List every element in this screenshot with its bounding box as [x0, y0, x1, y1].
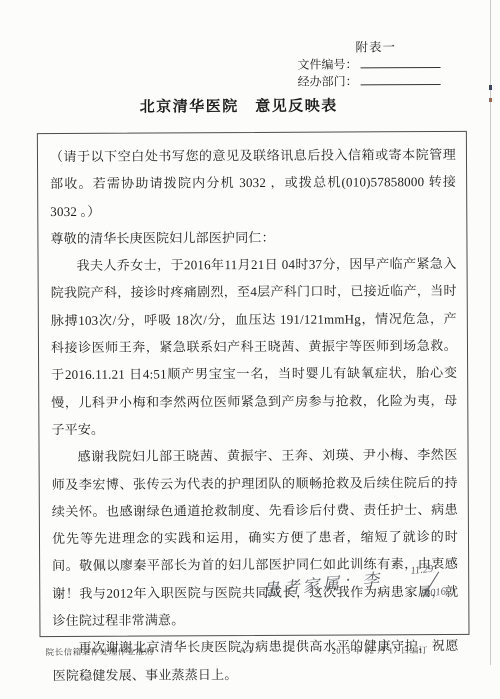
doc-number-blank-line — [360, 56, 440, 68]
body-paragraph-1: 我夫人乔女士，于2016年11月21日 04时37分，因早产临产紧急入院我院产科… — [50, 250, 457, 443]
doc-number-label: 文件编号： — [297, 57, 357, 71]
body-paragraph-3: 再次谢谢北京清华长庚医院为病患提供高水平的健康守护，祝愿医院稳健发展、事业蒸蒸日… — [52, 632, 458, 689]
signature-date: 11.29 2016 — [406, 560, 455, 613]
scanned-feedback-form-page: 附表一 文件编号： 经办部门： 北京清华医院 意见反映表 （请于以下空白处书写您… — [0, 0, 500, 699]
signature-date-year: 2016 — [424, 586, 446, 599]
doc-number-field: 文件编号： — [297, 55, 440, 73]
footer-document-name: 院长信箱案件处理作业准则 — [46, 646, 154, 659]
footer-page-code: A-1 — [240, 645, 253, 655]
salutation: 尊敬的清华长庚医院妇儿部医护同仁： — [50, 223, 456, 252]
signature-signer: 患者家属：李 — [261, 565, 383, 601]
scan-edge-red-mark — [489, 98, 493, 102]
feedback-content-box: （请于以下空白处书写您的意见及联络讯息后投入信箱或寄本院管理部收。若需协助请拨院… — [37, 131, 470, 637]
scan-edge-dark-mark — [489, 85, 493, 90]
footer-revision-date: 2013 年 02 月 17 日编订 — [332, 644, 428, 657]
handler-dept-field: 经办部门： — [298, 72, 441, 90]
handler-dept-label: 经办部门： — [298, 74, 358, 88]
handler-dept-blank-line — [361, 73, 441, 85]
page-title: 北京清华医院 意见反映表 — [0, 94, 479, 118]
handwritten-signature: 患者家属：李 11.29 2016 — [262, 556, 452, 619]
box-instructions: （请于以下空白处书写您的意见及联络讯息后投入信箱或寄本院管理部收。若需协助请拨院… — [50, 141, 456, 225]
scan-tilt-wrapper: 附表一 文件编号： 经办部门： 北京清华医院 意见反映表 （请于以下空白处书写您… — [0, 0, 500, 699]
signature-date-month-day: 11.29 — [410, 564, 434, 577]
attachment-label: 附表一 — [355, 37, 396, 55]
